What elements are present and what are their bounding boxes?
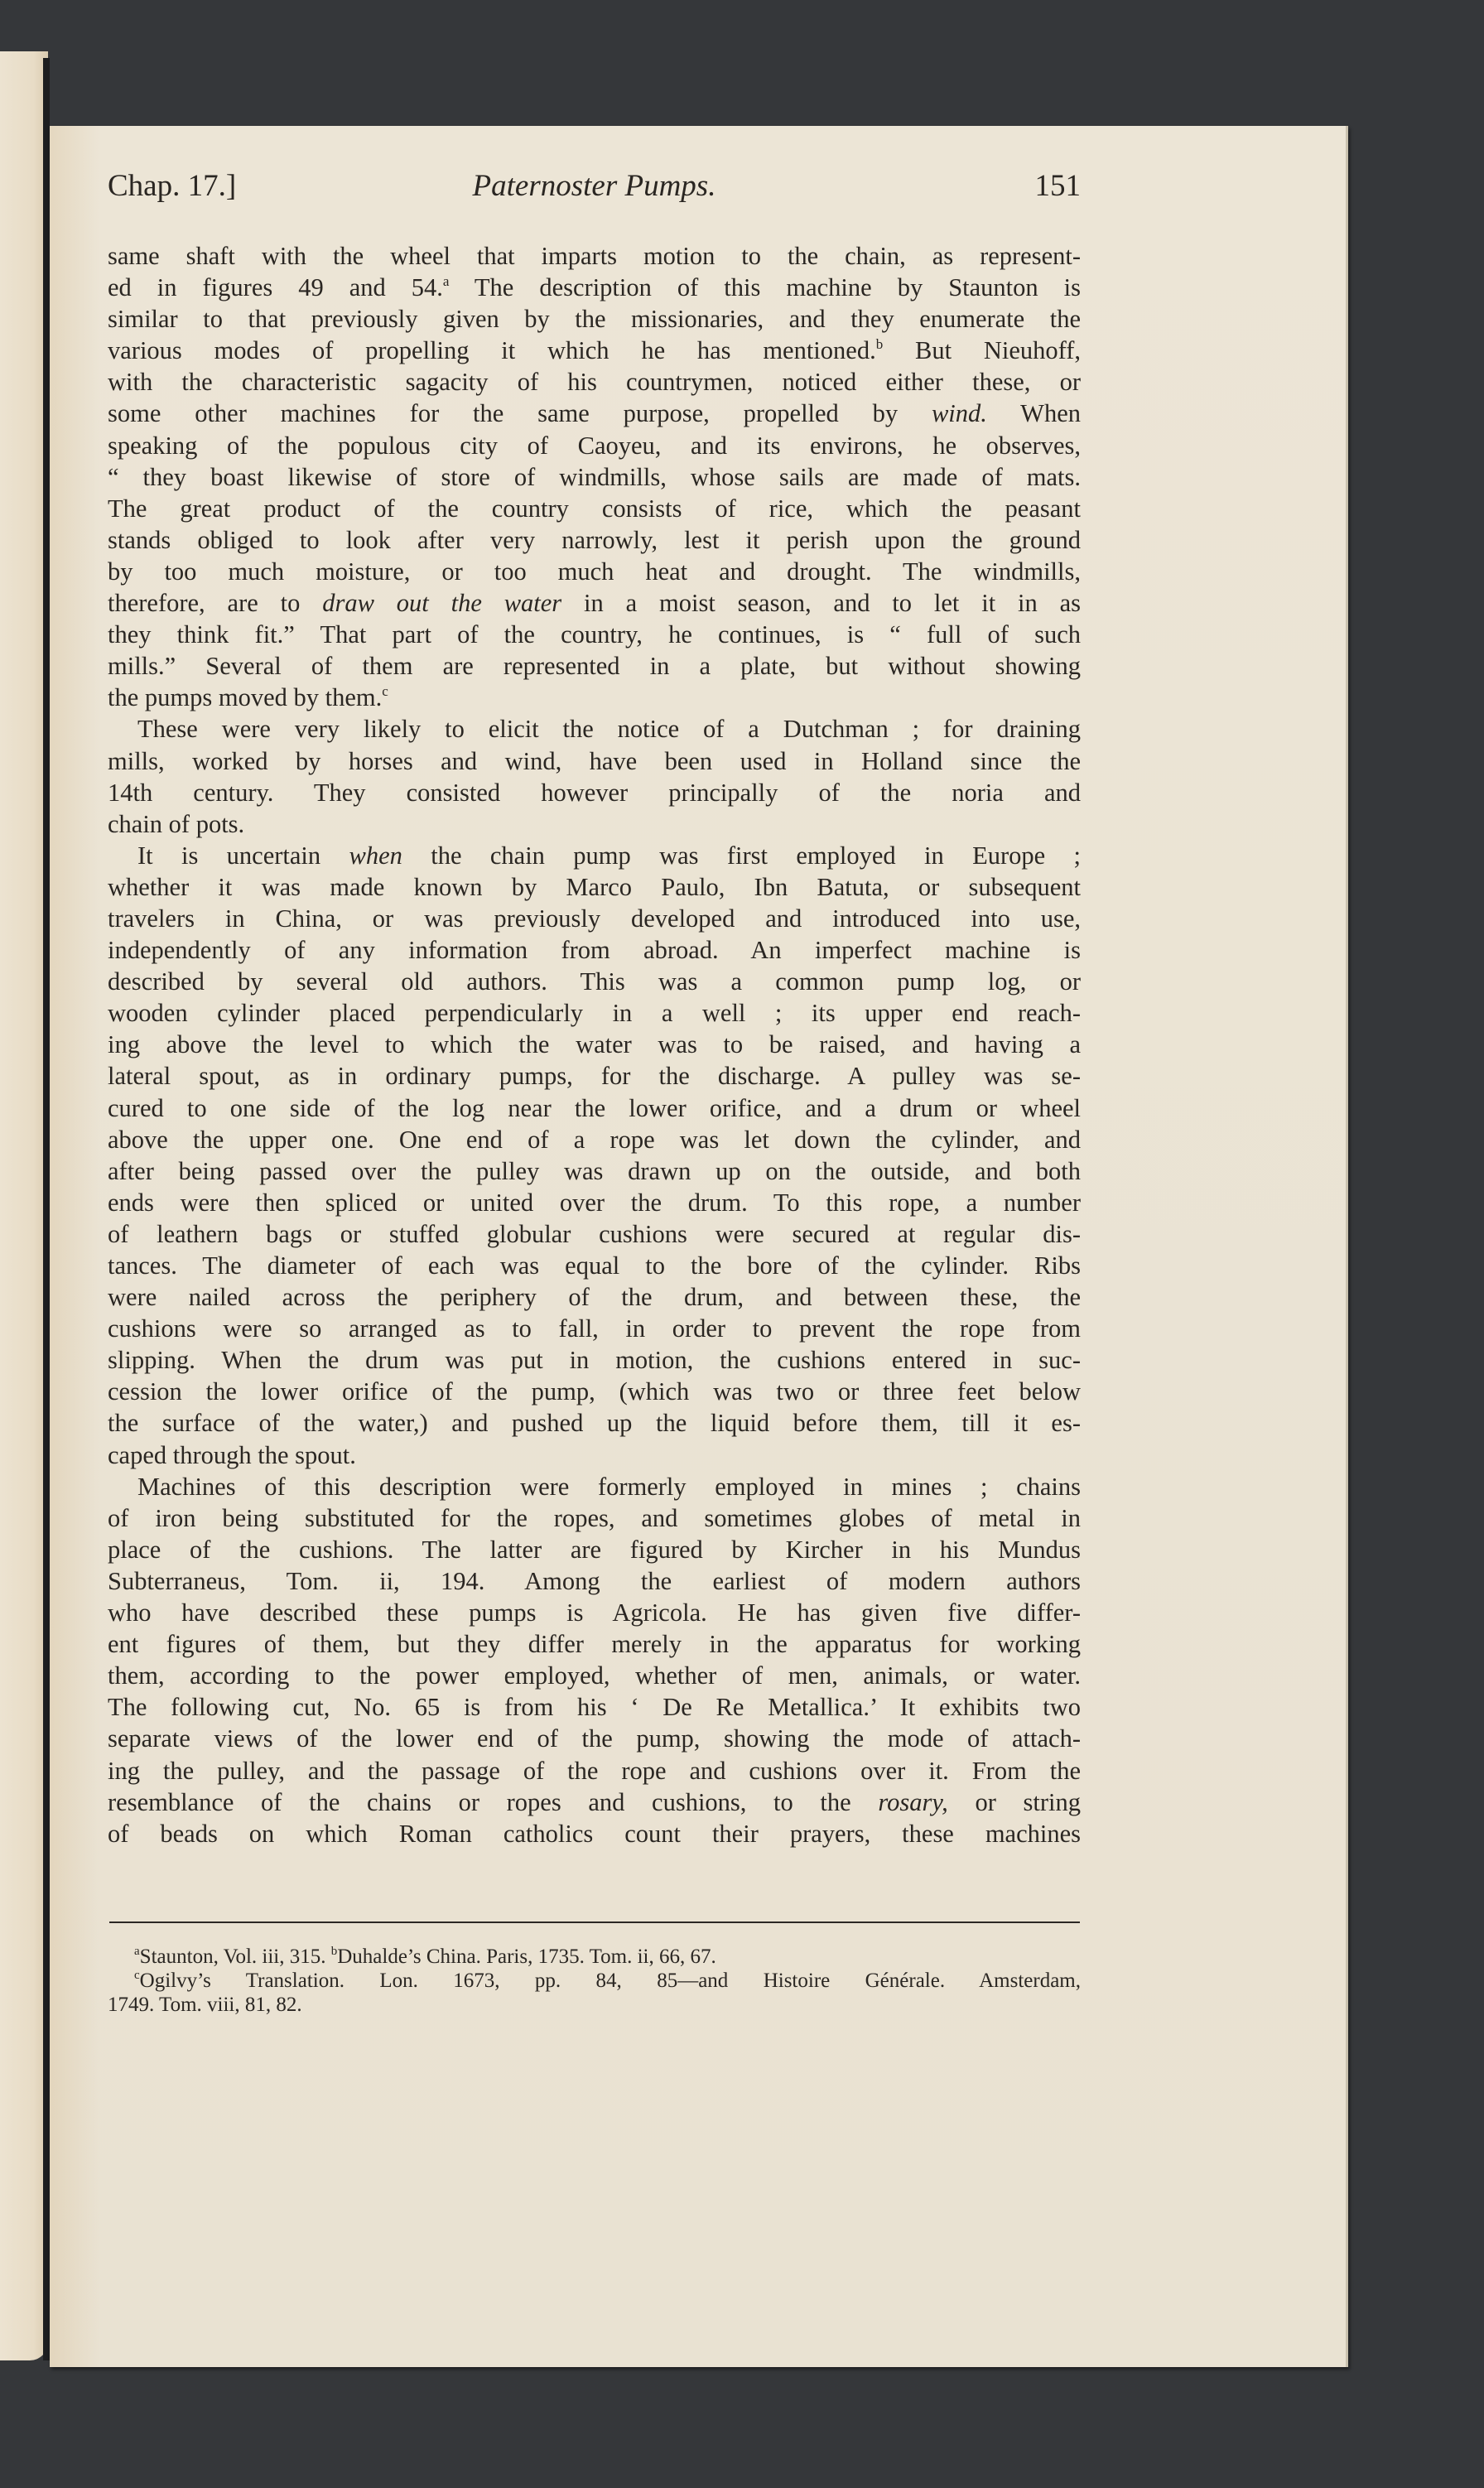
line-text: ent figures of them, but they differ mer… (108, 1630, 1081, 1658)
line-text: tances. The diameter of each was equal t… (108, 1251, 1081, 1280)
line-text: mills, worked by horses and wind, have b… (108, 747, 1081, 775)
text-line: whether it was made known by Marco Paulo… (108, 871, 1081, 903)
line-text: ed in figures 49 and 54. (108, 273, 443, 301)
footnote-marker: c (134, 1969, 140, 1982)
line-text: therefore, are to (108, 589, 322, 617)
line-text: But Nieuhoff, (883, 336, 1081, 364)
text-line: of leathern bags or stuffed globular cus… (108, 1218, 1081, 1250)
line-text: lateral spout, as in ordinary pumps, for… (108, 1062, 1081, 1090)
text-line: them, according to the power employed, w… (108, 1660, 1081, 1691)
footnote-line: cOgilvy’s Translation. Lon. 1673, pp. 84… (108, 1969, 1081, 1993)
italic-text: wind. (932, 399, 987, 427)
text-line: ent figures of them, but they differ mer… (108, 1628, 1081, 1660)
text-line: lateral spout, as in ordinary pumps, for… (108, 1060, 1081, 1092)
body-text: same shaft with the wheel that imparts m… (108, 240, 1081, 1849)
line-text: slipping. When the drum was put in motio… (108, 1346, 1081, 1374)
line-text: in a moist season, and to let it in as (561, 589, 1081, 617)
page-number: 151 (1035, 170, 1082, 203)
text-line: mills.” Several of them are represented … (108, 650, 1081, 682)
line-text: 14th century. They consisted however pri… (108, 779, 1081, 807)
line-text: after being passed over the pulley was d… (108, 1157, 1081, 1185)
line-text: with the characteristic sagacity of his … (108, 368, 1081, 396)
text-line: independently of any information from ab… (108, 934, 1081, 966)
text-line: It is uncertain when the chain pump was … (108, 840, 1081, 871)
text-line: same shaft with the wheel that imparts m… (108, 240, 1081, 272)
line-text: of beads on which Roman catholics count … (108, 1820, 1081, 1848)
line-text: were nailed across the periphery of the … (108, 1283, 1081, 1311)
text-line: cured to one side of the log near the lo… (108, 1092, 1081, 1124)
line-text: of iron being substituted for the ropes,… (108, 1504, 1081, 1532)
text-line: stands obliged to look after very narrow… (108, 524, 1081, 556)
italic-text: rosary, (878, 1788, 947, 1816)
line-text: cession the lower orifice of the pump, (… (108, 1377, 1081, 1406)
text-line: of beads on which Roman catholics count … (108, 1818, 1081, 1849)
text-line: chain of pots. (108, 808, 1081, 840)
line-text: The great product of the country consist… (108, 494, 1081, 523)
italic-text: draw out the water (322, 589, 561, 617)
text-line: These were very likely to elicit the not… (108, 713, 1081, 745)
line-text: them, according to the power employed, w… (108, 1661, 1081, 1690)
italic-text: when (349, 841, 402, 870)
line-text: who have described these pumps is Agrico… (108, 1598, 1081, 1627)
footnote-text: 1749. Tom. viii, 81, 82. (108, 1994, 302, 2016)
line-text: place of the cushions. The latter are fi… (108, 1536, 1081, 1564)
text-line: place of the cushions. The latter are fi… (108, 1534, 1081, 1565)
text-line: above the upper one. One end of a rope w… (108, 1124, 1081, 1155)
text-line: Subterraneus, Tom. ii, 194. Among the ea… (108, 1565, 1081, 1597)
line-text: ends were then spliced or united over th… (108, 1189, 1081, 1217)
facing-page-edge (0, 51, 48, 2360)
line-text: the chain pump was first employed in Eur… (402, 841, 1081, 870)
line-text: described by several old authors. This w… (108, 967, 1081, 996)
text-line: the surface of the water,) and pushed up… (108, 1407, 1081, 1439)
text-line: were nailed across the periphery of the … (108, 1281, 1081, 1313)
line-text: ing the pulley, and the passage of the r… (108, 1757, 1081, 1785)
text-line: The great product of the country consist… (108, 493, 1081, 524)
text-line: ed in figures 49 and 54.a The descriptio… (108, 272, 1081, 303)
line-text: travelers in China, or was previously de… (108, 904, 1081, 933)
line-text: wooden cylinder placed perpendicularly i… (108, 999, 1081, 1027)
line-text: caped through the spout. (108, 1441, 356, 1469)
text-line: with the characteristic sagacity of his … (108, 366, 1081, 398)
footnote-marker: c (382, 683, 388, 699)
line-text: independently of any information from ab… (108, 936, 1081, 964)
text-line: ends were then spliced or united over th… (108, 1187, 1081, 1218)
text-line: wooden cylinder placed perpendicularly i… (108, 997, 1081, 1029)
running-header: Chap. 17.] Paternoster Pumps. 151 (108, 170, 1081, 203)
line-text: chain of pots. (108, 810, 244, 838)
line-text: These were very likely to elicit the not… (137, 715, 1081, 743)
line-text: ing above the level to which the water w… (108, 1030, 1081, 1058)
text-line: after being passed over the pulley was d… (108, 1155, 1081, 1187)
line-text: of leathern bags or stuffed globular cus… (108, 1220, 1081, 1248)
footnote-text: Duhalde’s China. Paris, 1735. Tom. ii, 6… (337, 1946, 716, 1968)
line-text: When (987, 399, 1081, 427)
text-line: 14th century. They consisted however pri… (108, 777, 1081, 808)
line-text: or string (948, 1788, 1081, 1816)
line-text: The following cut, No. 65 is from his ‘ … (108, 1693, 1081, 1721)
text-line: they think fit.” That part of the countr… (108, 619, 1081, 650)
line-text: cured to one side of the log near the lo… (108, 1094, 1081, 1122)
footnote-text: Staunton, Vol. iii, 315. (140, 1946, 331, 1968)
text-line: ing above the level to which the water w… (108, 1029, 1081, 1060)
footnote-marker: a (134, 1945, 140, 1958)
text-line: who have described these pumps is Agrico… (108, 1597, 1081, 1628)
line-text: some other machines for the same purpose… (108, 399, 932, 427)
line-text: cushions were so arranged as to fall, in… (108, 1314, 1081, 1343)
footnote-marker: b (876, 336, 884, 352)
line-text: similar to that previously given by the … (108, 305, 1081, 333)
text-line: therefore, are to draw out the water in … (108, 587, 1081, 619)
text-line: similar to that previously given by the … (108, 303, 1081, 335)
line-text: same shaft with the wheel that imparts m… (108, 242, 1081, 270)
text-line: cession the lower orifice of the pump, (… (108, 1376, 1081, 1407)
text-line: separate views of the lower end of the p… (108, 1723, 1081, 1754)
line-text: Subterraneus, Tom. ii, 194. Among the ea… (108, 1567, 1081, 1595)
text-line: caped through the spout. (108, 1439, 1081, 1471)
text-line: ing the pulley, and the passage of the r… (108, 1755, 1081, 1786)
text-line: Machines of this description were former… (108, 1471, 1081, 1502)
footnote-line: 1749. Tom. viii, 81, 82. (108, 1993, 1081, 2017)
line-text: the pumps moved by them. (108, 683, 382, 711)
text-line: the pumps moved by them.c (108, 682, 1081, 713)
line-text: speaking of the populous city of Caoyeu,… (108, 432, 1081, 460)
footnote-text: Ogilvy’s Translation. Lon. 1673, pp. 84,… (140, 1970, 1081, 1992)
line-text: by too much moisture, or too much heat a… (108, 557, 1081, 586)
footnotes: aStaunton, Vol. iii, 315. bDuhalde’s Chi… (108, 1945, 1081, 2017)
text-line: mills, worked by horses and wind, have b… (108, 745, 1081, 777)
line-text: various modes of propelling it which he … (108, 336, 876, 364)
line-text: “ they boast likewise of store of windmi… (108, 463, 1081, 491)
running-title: Paternoster Pumps. (108, 170, 1081, 203)
line-text: resemblance of the chains or ropes and c… (108, 1788, 878, 1816)
text-line: of iron being substituted for the ropes,… (108, 1502, 1081, 1534)
line-text: the surface of the water,) and pushed up… (108, 1409, 1081, 1437)
text-line: resemblance of the chains or ropes and c… (108, 1786, 1081, 1818)
text-line: various modes of propelling it which he … (108, 335, 1081, 366)
line-text: It is uncertain (137, 841, 349, 870)
line-text: above the upper one. One end of a rope w… (108, 1126, 1081, 1154)
gutter-shadow (43, 58, 50, 2360)
text-line: cushions were so arranged as to fall, in… (108, 1313, 1081, 1344)
text-line: The following cut, No. 65 is from his ‘ … (108, 1691, 1081, 1723)
text-line: travelers in China, or was previously de… (108, 903, 1081, 934)
line-text: The description of this machine by Staun… (449, 273, 1081, 301)
line-text: whether it was made known by Marco Paulo… (108, 873, 1081, 901)
text-line: slipping. When the drum was put in motio… (108, 1344, 1081, 1376)
footnote-rule (109, 1921, 1080, 1923)
line-text: separate views of the lower end of the p… (108, 1724, 1081, 1753)
text-line: speaking of the populous city of Caoyeu,… (108, 430, 1081, 461)
text-line: “ they boast likewise of store of windmi… (108, 461, 1081, 493)
line-text: mills.” Several of them are represented … (108, 652, 1081, 680)
line-text: Machines of this description were former… (137, 1473, 1081, 1501)
line-text: they think fit.” That part of the countr… (108, 620, 1081, 649)
text-line: described by several old authors. This w… (108, 966, 1081, 997)
text-line: by too much moisture, or too much heat a… (108, 556, 1081, 587)
text-line: some other machines for the same purpose… (108, 398, 1081, 429)
line-text: stands obliged to look after very narrow… (108, 526, 1081, 554)
text-line: tances. The diameter of each was equal t… (108, 1250, 1081, 1281)
footnote-line: aStaunton, Vol. iii, 315. bDuhalde’s Chi… (108, 1945, 1081, 1969)
